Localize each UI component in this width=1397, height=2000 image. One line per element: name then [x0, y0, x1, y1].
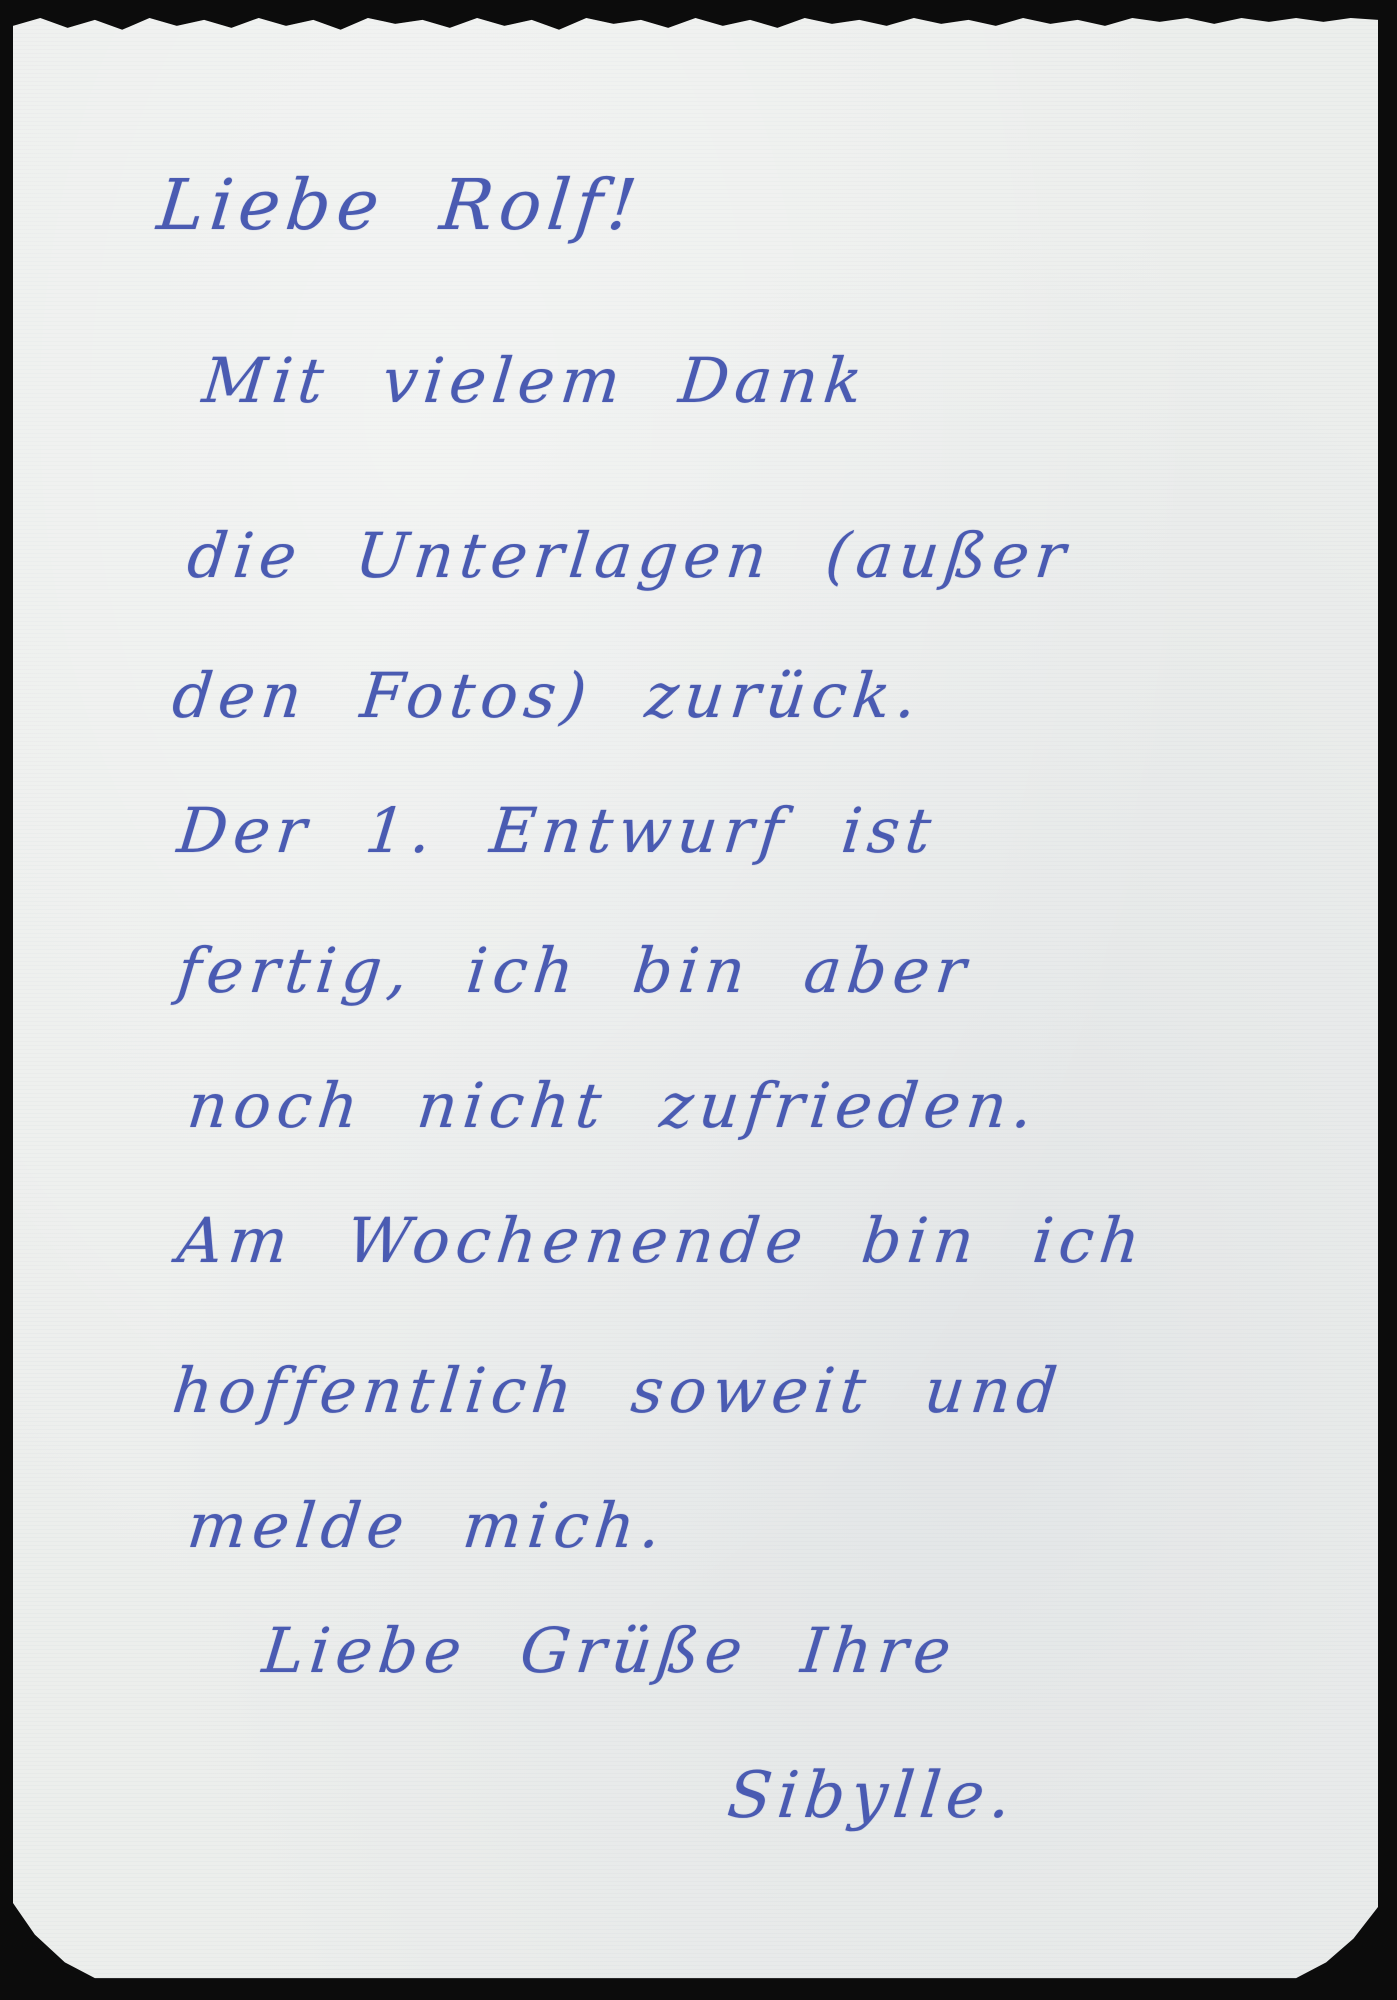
salutation: Liebe Rolf! [154, 164, 647, 246]
body-line: Mit vielem Dank [199, 344, 871, 417]
body-line: noch nicht zufrieden. [184, 1069, 1042, 1142]
body-line: Am Wochenende bin ich [174, 1204, 1149, 1277]
letter-content: Liebe Rolf! Mit vielem Dank die Unterlag… [13, 14, 1378, 1990]
body-line: fertig, ich bin aber [174, 934, 975, 1007]
body-line: den Fotos) zurück. [169, 659, 926, 732]
body-line: melde mich. [184, 1489, 670, 1562]
body-line: die Unterlagen (außer [184, 519, 1075, 592]
signature: Sibylle. [724, 1759, 1020, 1833]
body-line: Der 1. Entwurf ist [174, 794, 940, 867]
closing: Liebe Grüße Ihre [259, 1614, 960, 1687]
letter-paper: Liebe Rolf! Mit vielem Dank die Unterlag… [13, 14, 1378, 1990]
body-line: hoffentlich soweit und [169, 1354, 1066, 1427]
